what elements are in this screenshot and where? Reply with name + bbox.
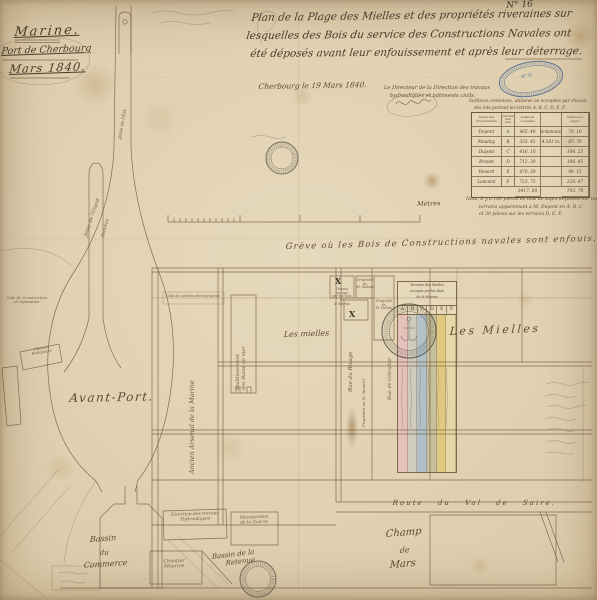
label-retenue: Bassin de la Retenue <box>212 549 255 570</box>
signature-title-line2: hydrauliques et bâtiments civils. <box>389 94 475 100</box>
table-total-spacer <box>541 187 562 197</box>
table-cell-a2: 79. 10 <box>562 127 589 137</box>
signature-title-line1: Le Directeur de la Direction des travaux <box>383 86 490 92</box>
table-cell-obs <box>541 147 562 157</box>
label-champ-3: Mars <box>389 558 416 571</box>
label-rue-gibraltar: Rue de Gibraltar <box>388 358 394 400</box>
table-total-spacer <box>502 187 515 197</box>
label-direction-travaux: Direction des travaux Hydrauliques <box>166 512 224 524</box>
manutention-line2: de la Guerre <box>232 520 276 526</box>
label-champ-2: de <box>400 546 410 556</box>
legend-line1: Surfaces contenues, utilisées ou occupée… <box>469 100 587 105</box>
table-header-paid: Surfaces à payer <box>562 113 589 127</box>
table-cell-owner: Brunet <box>472 157 502 167</box>
label-cale-gauche-line2: et réparation <box>3 300 51 304</box>
table-cell-lot: B <box>502 137 515 147</box>
cartouche-date: Mars 1840. <box>9 60 87 75</box>
table-cell-owner: Dupont <box>472 147 502 157</box>
table-cell-a1: 723. 75 <box>515 177 541 187</box>
table-cell-a1: 416. 10 <box>515 147 541 157</box>
label-ponceau: Ponceau <box>102 218 111 238</box>
label-jetee-est: Jetée de l'Est <box>119 109 129 139</box>
cartouche-service: Marine. <box>13 24 80 41</box>
table-cell-a1: 465. 40 <box>515 127 541 137</box>
table-cell-a2: 87. 70 <box>562 137 589 147</box>
label-champ-1: Champ <box>385 526 421 540</box>
plot-marine-line3: la Marine <box>331 303 353 307</box>
label-avant-port: Avant-Port. <box>69 391 155 406</box>
nota-line2: terrains appartenant à M. Dupont en A, B… <box>479 205 583 210</box>
label-bains: Établissement des Bains de mer <box>236 346 247 390</box>
table-cell-lot: F <box>502 177 515 187</box>
plot-dubost-line2: M. Dubost <box>356 286 374 290</box>
label-route-val-de-saire: Route du Val de Saire. <box>392 500 556 508</box>
lot-x-mark: X <box>335 277 341 286</box>
table-cell-lot: C <box>502 147 515 157</box>
label-bassin-commerce-3: Commerce <box>83 559 127 571</box>
table-cell-owner: Lancelot <box>472 177 502 187</box>
label-bassin-commerce-1: Bassin <box>89 534 116 545</box>
table-cell-obs <box>541 167 562 177</box>
chantier-line2: Maurice <box>154 564 194 571</box>
table-header-obs <box>541 113 562 127</box>
label-plot-marine: Terrain occupé par les bois de la Marine <box>331 288 353 306</box>
table-total-occupied: 3417. 80 <box>515 187 541 197</box>
lot-x-mark: X <box>349 310 355 319</box>
table-cell-owner: Dupont <box>472 127 502 137</box>
label-plot-dubost: Propriété de M. Dubost <box>356 279 374 290</box>
table-cell-obs <box>541 177 562 187</box>
cartouche-port: Port de Cherbourg <box>1 44 92 58</box>
table-header-lots: Lettres des lots <box>502 113 515 127</box>
label-mielles-big: Les Mielles <box>449 323 541 338</box>
label-maison-religieuse: Maison Religieuse <box>24 344 59 358</box>
table-cell-lot: E <box>502 167 515 177</box>
label-mielles-small: Les mielles <box>283 329 329 339</box>
table-cell-obs: Réclamation <box>541 127 562 137</box>
table-cell-owner: Mauduy <box>472 137 502 147</box>
table-cell-a1: 712. 30 <box>515 157 541 167</box>
map-labels: Marine. Port de Cherbourg Mars 1840. N° … <box>0 0 597 600</box>
main-title-line2: lesquelles des Bois du service des Const… <box>245 28 571 42</box>
table-cell-a2: 98. 15 <box>562 167 589 177</box>
table-cell-a2: 228. 47 <box>562 177 589 187</box>
label-bassin-commerce-2: du <box>99 549 109 557</box>
map-sheet: Terrains des Mielles occupés par les Boi… <box>0 0 597 600</box>
table-header-occupied: Surfaces occupées <box>515 113 541 127</box>
table-cell-a2: 186. 45 <box>562 157 589 167</box>
table-cell-lot: D <box>502 157 515 167</box>
label-plot-delisle: Propriété de M. Delisle <box>375 300 393 311</box>
table-cell-obs <box>541 157 562 167</box>
table-cell-owner: Renard <box>472 167 502 177</box>
table-cell-a2: 104. 25 <box>562 147 589 157</box>
scale-unit-label: Mètres <box>417 200 441 208</box>
label-arsenal: Ancien Arsenal de la Marine <box>189 380 196 474</box>
main-title-line1: Plan de la Plage des Mielles et des prop… <box>251 9 573 25</box>
main-title-line3: été déposés avant leur enfouissement et … <box>249 46 582 60</box>
legend-line2: des lots portant les lettres A, B, C, D,… <box>474 107 566 112</box>
table-cell-a1: 470. 20 <box>515 167 541 177</box>
table-header-owners: Noms des propriétaires <box>472 113 502 127</box>
plot-delisle-line2: M. Delisle <box>375 307 393 311</box>
dateline: Cherbourg le 19 Mars 1840. <box>258 81 367 91</box>
label-manutention: Manutention de la Guerre <box>232 515 276 526</box>
label-rue-rivage: Rue du Rivage <box>348 351 354 392</box>
nota-line3: et 30 pièces sur les terrains D, E, F. <box>479 212 562 217</box>
blue-stamp-number: N° 51 <box>521 73 533 79</box>
label-cale-gauche: Cale de Construction et réparation <box>3 296 51 304</box>
label-propriete-renard: Propriété de M. Renard <box>362 379 366 427</box>
table-total-spacer <box>472 187 502 197</box>
greve-caption: Grève où les Bois de Constructions naval… <box>285 235 597 253</box>
table-cell-lot: A <box>502 127 515 137</box>
label-jetee-ouest: Jetée de l'Ouest <box>84 198 102 238</box>
label-bains-line2: des Bains de mer <box>242 346 248 390</box>
table-cell-obs: 4.581 m. <box>541 137 562 147</box>
table-total-paid: 793. 70 <box>562 187 589 197</box>
surfaces-table: Noms des propriétaires Lettres des lots … <box>471 112 590 198</box>
table-cell-a1: 333. 45 <box>515 137 541 147</box>
label-cale-projetee: Cale de construction projetée <box>166 295 220 299</box>
label-chantier-maurice: Chantier Maurice <box>154 559 194 571</box>
